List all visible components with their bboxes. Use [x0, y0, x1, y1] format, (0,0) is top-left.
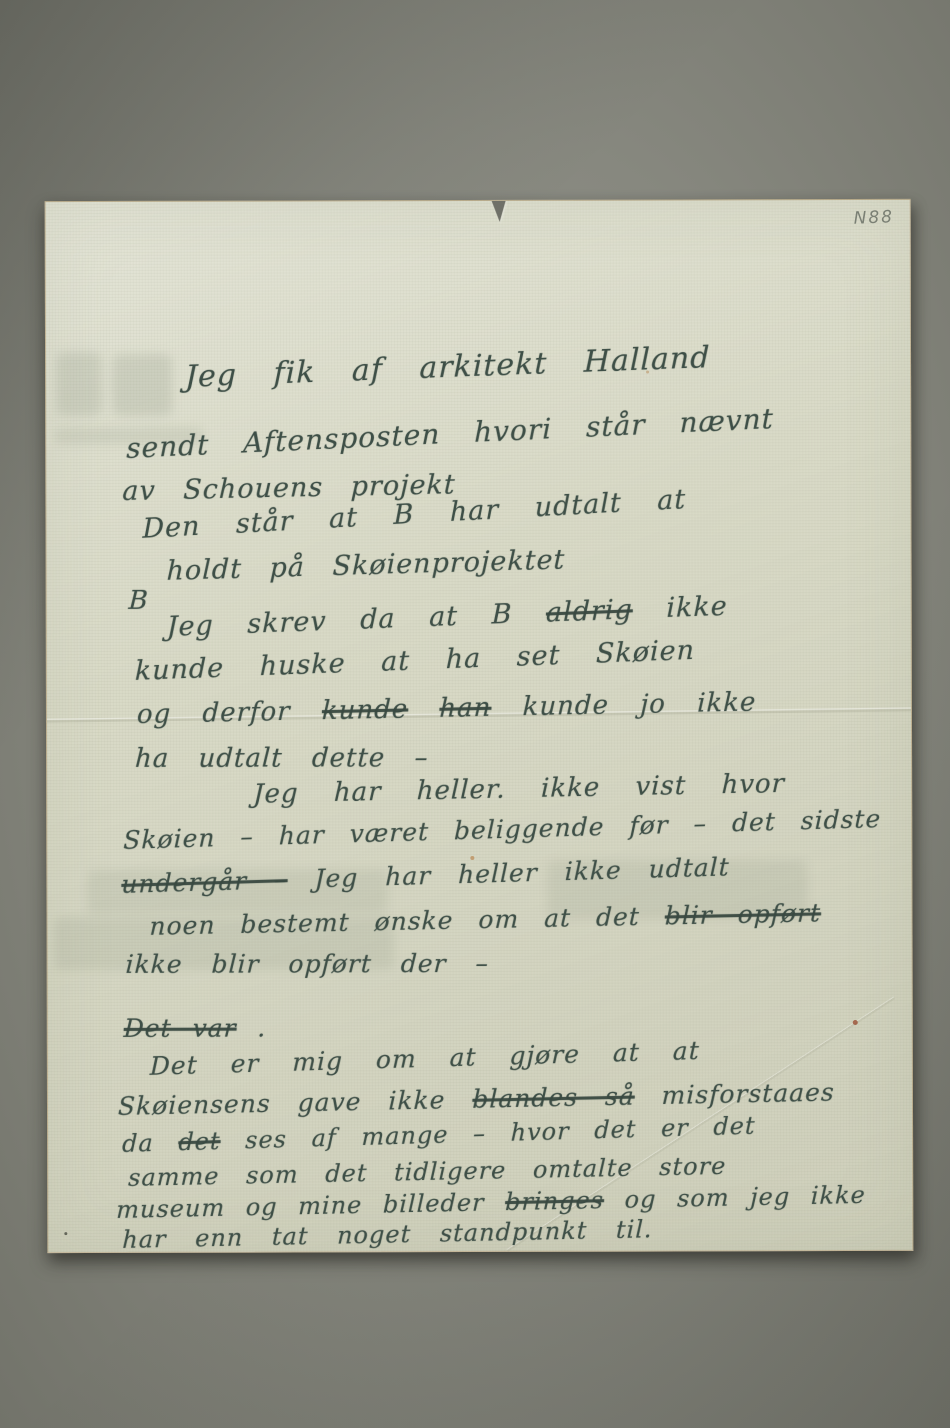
handwriting-text: kunde jo ikke: [491, 687, 757, 722]
handwriting-text: ha udtalt dette –: [134, 743, 429, 774]
struck-word: bringes: [505, 1186, 605, 1216]
handwriting-text: ikke blir opført der –: [125, 949, 490, 979]
handwriting-line: holdt på Skøienprojektet: [166, 544, 565, 587]
handwriting-line: Jeg skrev da at B aldrig ikke: [167, 591, 728, 643]
handwriting-text: ikke: [633, 591, 728, 626]
paper-notch: [492, 201, 506, 222]
handwriting-text: [408, 694, 440, 725]
handwriting-text: Det er mig om at gjøre at at: [150, 1036, 701, 1081]
handwriting-line: Det var .: [123, 1014, 267, 1043]
ink-bleedthrough: [56, 352, 102, 416]
ink-speck: [64, 1232, 67, 1235]
handwriting-line: Det er mig om at gjøre at at: [150, 1036, 701, 1081]
handwriting-line: og derfor kunde han kunde jo ikke: [136, 687, 756, 729]
handwriting-line: ikke blir opført der –: [125, 949, 490, 979]
handwriting-text: Jeg skrev da at B: [167, 598, 547, 643]
handwriting-text: Skøiensens gave ikke: [118, 1085, 473, 1121]
struck-word: Det var: [123, 1014, 237, 1043]
ink-bleedthrough: [112, 354, 172, 416]
struck-word: kunde: [321, 694, 408, 726]
handwriting-text: sendt Aftensposten hvori står nævnt: [126, 402, 774, 465]
struck-word: blandes så: [472, 1082, 635, 1114]
handwriting-line: B: [128, 586, 150, 616]
struck-word: blir opført: [664, 898, 821, 930]
handwriting-line: Jeg har heller. ikke vist hvor: [253, 769, 786, 810]
handwriting-text: .: [236, 1014, 267, 1043]
handwriting-text: Jeg har heller. ikke vist hvor: [253, 769, 786, 810]
handwriting-line: Skøien – har været beliggende før – det …: [123, 804, 882, 855]
struck-word: det: [178, 1127, 221, 1156]
struck-word: aldrig: [546, 594, 633, 628]
handwriting-text: Jeg fik af arkitekt Halland: [185, 340, 711, 395]
handwriting-text: B: [128, 586, 150, 616]
letter-paper: N88 Jeg fik af arkitekt Hallandsendt Aft…: [45, 199, 914, 1253]
handwriting-line: ha udtalt dette –: [134, 743, 429, 774]
handwriting-line: kunde huske at ha set Skøien: [135, 635, 696, 687]
photo-background: N88 Jeg fik af arkitekt Hallandsendt Aft…: [0, 0, 950, 1428]
struck-word: undergår –: [121, 865, 288, 899]
handwriting-line: sendt Aftensposten hvori står nævnt: [126, 402, 774, 465]
handwriting-text: og derfor: [136, 696, 322, 730]
handwriting-text: Skøien – har været beliggende før – det …: [123, 804, 882, 855]
handwriting-text: misforstaaes: [634, 1078, 835, 1111]
handwriting-text: da: [122, 1128, 179, 1158]
handwriting-line: Jeg fik af arkitekt Halland: [185, 340, 711, 395]
handwriting-text: og som jeg ikke: [604, 1181, 867, 1214]
foxing-speck: [853, 1020, 858, 1025]
archive-number: N88: [853, 207, 894, 229]
handwriting-text: ses af mange – hvor det er det: [220, 1112, 756, 1155]
manuscript-text: Jeg fik af arkitekt Hallandsendt Aftensp…: [46, 200, 910, 202]
struck-word: han: [439, 693, 492, 724]
handwriting-text: holdt på Skøienprojektet: [166, 544, 565, 587]
handwriting-text: kunde huske at ha set Skøien: [135, 635, 696, 687]
